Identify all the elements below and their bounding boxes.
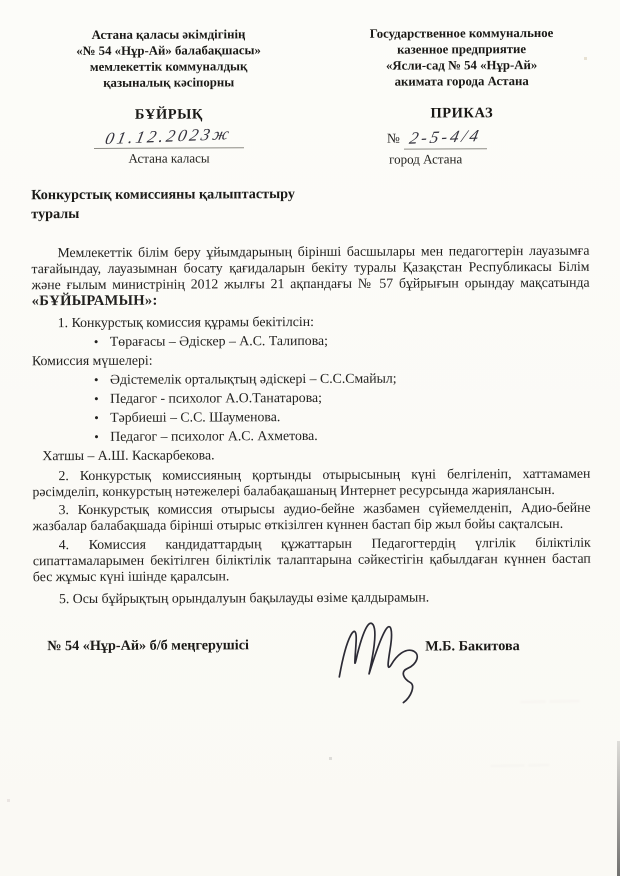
letterhead-ru-line: Государственное коммунальное [330,25,592,42]
members-list: • Әдістемелік орталықтың әдіскері – С.С.… [32,367,590,445]
signer-name: М.Б. Бакитова [425,638,520,655]
secretary-line: Хатшы – А.Ш. Каскарбекова. [42,443,590,464]
letterhead-kk-line: мемлекеттік коммуналдық [35,58,303,75]
preamble-paragraph: Мемлекеттік білім беру ұйымдарының бірін… [31,243,589,310]
item-2: 2. Конкурстық комиссияның қортынды отыры… [32,465,590,499]
bleedthrough-smudge: ˍˍˍˍˍ ˍˍˍˍˍˍˍˍ [490,751,550,768]
member-entry: Педагог – психолог А.С. Ахметова. [110,426,318,446]
letterhead-ru-line: акимата города Астана [331,73,593,90]
order-number-row: №2-5-4/4 [331,124,593,150]
handwritten-number: 2-5-4/4 [407,126,483,149]
scan-specks [0,0,1,1]
bullet-icon: • [94,407,110,426]
order-body: Мемлекеттік білім беру ұйымдарының бірін… [31,243,591,608]
order-title-row: БҰЙРЫҚ 01.12.2023ж Астана каласы ПРИКАЗ … [35,105,593,169]
bullet-icon: • [94,369,110,388]
order-subject: Конкурстық комиссияны қалыптастыру турал… [31,185,323,224]
item-1: 1. Конкурстық комиссия құрамы бекітілсін… [32,310,590,331]
member-entry: Тәрбиеші – С.С. Шауменова. [110,407,280,427]
letterhead-russian: Государственное коммунальное казенное пр… [330,25,592,90]
date-underline: 01.12.2023ж [94,126,243,149]
list-item: • Төрағасы – Әдіскер – А.С. Талипова; [32,329,590,350]
preamble-text: Мемлекеттік білім беру ұйымдарының бірін… [31,243,589,292]
order-block-kazakh: БҰЙРЫҚ 01.12.2023ж Астана каласы [35,106,303,169]
bullet-icon: • [94,331,110,350]
handwritten-date: 01.12.2023ж [104,124,235,149]
signature-handwriting-icon [333,614,448,710]
letterhead-kk-line: қазыналық кәсіпорны [35,74,303,91]
letterhead: Астана қаласы әкімдігінің «№ 54 «Нұр-Ай»… [34,25,592,91]
signature-block: № 54 «Нұр-Ай» б/б меңгерушісі М.Б. Бакит… [33,606,592,728]
order-title-ru: ПРИКАЗ [331,105,593,123]
order-block-russian: ПРИКАЗ №2-5-4/4 город Астана [331,105,593,168]
bullet-icon: • [94,388,110,407]
scanned-order-document: Астана қаласы әкімдігінің «№ 54 «Нұр-Ай»… [0,0,620,876]
place-ru: город Астана [331,151,593,168]
item-4: 4. Комиссия кандидаттардың құжаттарын Пе… [33,535,591,585]
signer-position: № 54 «Нұр-Ай» б/б меңгерушісі [47,637,249,655]
bullet-icon: • [94,426,110,445]
place-kk: Астана каласы [35,150,303,167]
number-underline: 2-5-4/4 [404,127,487,149]
chair-list: • Төрағасы – Әдіскер – А.С. Талипова; [32,329,590,350]
member-entry: Педагог - психолог А.О.Танатарова; [110,388,322,408]
member-entry: Әдістемелік орталықтың әдіскері – С.С.См… [110,368,397,388]
chair-entry: Төрағасы – Әдіскер – А.С. Талипова; [110,331,328,351]
letterhead-ru-line: казенное предприятие [331,41,593,58]
letterhead-kk-line: «№ 54 «Нұр-Ай» балабақшасы» [35,42,303,59]
members-label: Комиссия мүшелері: [32,348,590,369]
list-item: • Педагог - психолог А.О.Танатарова; [32,386,590,407]
list-item: • Әдістемелік орталықтың әдіскері – С.С.… [32,367,590,388]
list-item: • Тәрбиеші – С.С. Шауменова. [32,405,590,426]
item-3: 3. Конкурстық комиссия отырысы аудио-бей… [33,500,591,534]
letterhead-kk-line: Астана қаласы әкімдігінің [34,26,302,43]
order-verb: «БҰЙЫРАМЫН»: [32,292,158,309]
item-5: 5. Осы бұйрықтың орындалуын бақылауды өз… [33,587,591,608]
order-title-kk: БҰЙРЫҚ [35,106,303,124]
letterhead-kazakh: Астана қаласы әкімдігінің «№ 54 «Нұр-Ай»… [34,26,302,91]
list-item: • Педагог – психолог А.С. Ахметова. [32,424,590,445]
number-sign: № [387,131,400,146]
letterhead-ru-line: «Ясли-сад № 54 «Нұр-Ай» [331,57,593,74]
